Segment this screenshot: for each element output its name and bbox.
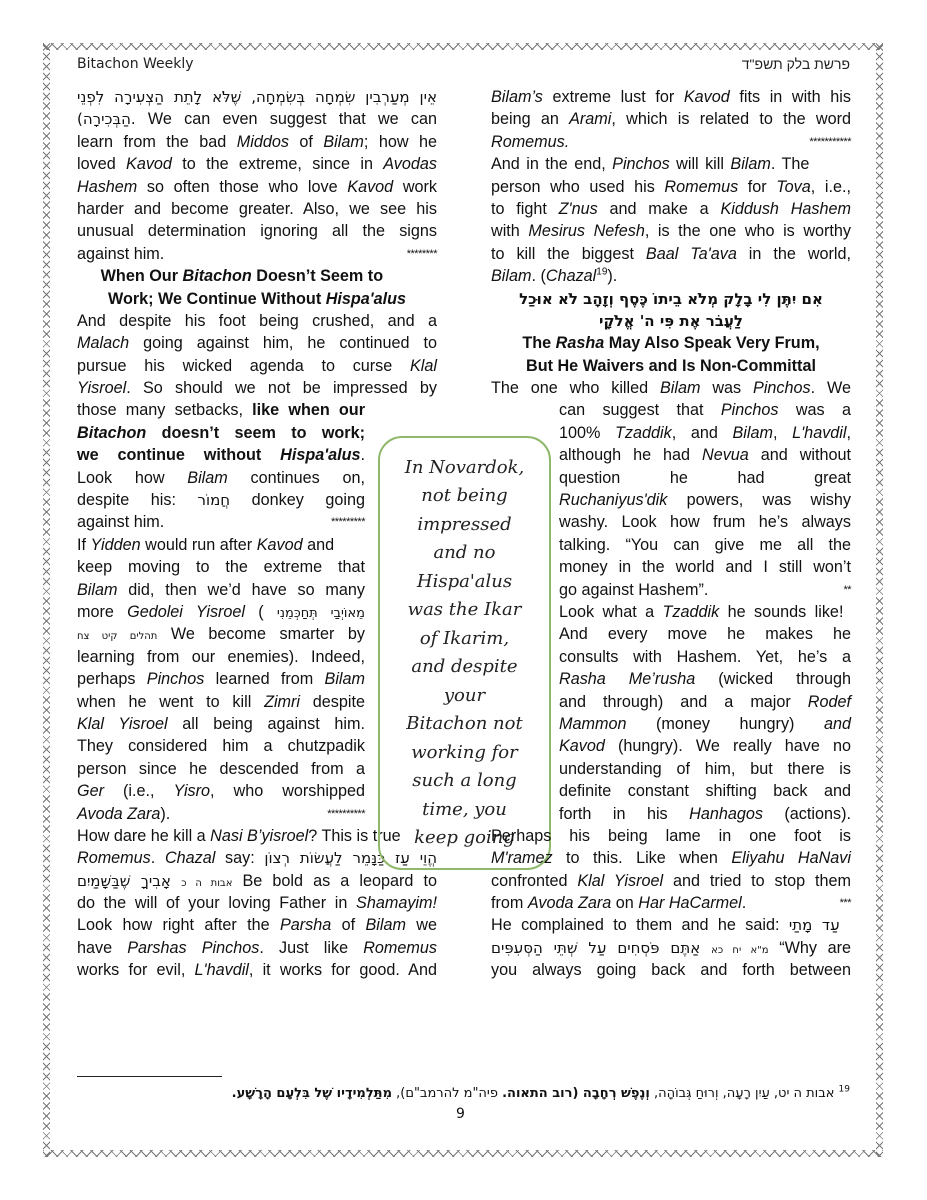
text-line: Kavod (hungry). We really have no <box>559 735 851 757</box>
text-line: Malach going against him, he continued t… <box>77 332 437 354</box>
text-line: Bitachon doesn’t seem to work; <box>77 422 365 444</box>
text-line: and through) and a major Rodef <box>559 691 851 713</box>
text-line: understanding of him, but there is <box>559 758 851 780</box>
text-line: And every move he makes he <box>559 623 851 645</box>
text-line: forth in his Hanhagos (actions). <box>559 803 851 825</box>
section-divider-stars: ********** <box>327 803 365 825</box>
right-column: Bilam’s extreme lust for Kavod fits in w… <box>491 86 851 982</box>
text-line: Yisroel. So should we not be impressed b… <box>77 377 437 399</box>
text-line: being an Arami, which is related to the … <box>491 108 851 130</box>
text-line: And despite his foot being crushed, and … <box>77 310 437 332</box>
text-line: אבות ה כ אָבִיךָ שֶׁבַּשָּׁמַיִם Be bold… <box>77 870 437 892</box>
hebrew-heading: לַעֲבֹר אֶת פִּי ה' אֱלֹקָי <box>491 310 851 332</box>
text-line: He complained to them and he said: עַד מ… <box>491 914 851 936</box>
text-line: 100% Tzaddik, and Bilam, L'havdil, <box>559 422 851 444</box>
text-line: against him.********* <box>77 511 365 533</box>
text-line: money in the world and I still won’t <box>559 556 851 578</box>
text-line: keep moving to the extreme that <box>77 556 365 578</box>
footnote-separator <box>77 1076 222 1077</box>
page-number: 9 <box>456 1106 465 1122</box>
text-line: washy. Look how frum he’s always <box>559 511 851 533</box>
text-line: Ruchaniyus'dik powers, was wishy <box>559 489 851 511</box>
text-line: unusual determination ignoring all the s… <box>77 220 437 242</box>
section-heading: But He Waivers and Is Non-Committal <box>491 355 851 377</box>
hebrew-heading: אִם יִתֶּן לִי בָלָק מְלֹא בֵיתוֹ כֶּסֶף… <box>491 288 851 310</box>
section-divider-stars: *** <box>840 892 851 914</box>
text-line: confronted Klal Yisroel and tried to sto… <box>491 870 851 892</box>
text-line: Klal Yisroel all being against him. <box>77 713 365 735</box>
text-line: perhaps Pinchos learned from Bilam <box>77 668 365 690</box>
text-line: have Parshas Pinchos. Just like Romemus <box>77 937 437 959</box>
text-line: Look how right after the Parsha of Bilam… <box>77 914 437 936</box>
text-line: question he had great <box>559 467 851 489</box>
section-heading: The Rasha May Also Speak Very Frum, <box>491 332 851 354</box>
section-divider-stars: *********** <box>809 131 851 153</box>
footnote-ref: 19 <box>596 267 607 278</box>
text-line: Perhaps his being lame in one foot is <box>491 825 851 847</box>
text-line: talking. “You can give me all the <box>559 534 851 556</box>
section-heading: Work; We Continue Without Hispa'alus <box>77 288 437 310</box>
text-line: with Mesirus Nefesh, is the one who is w… <box>491 220 851 242</box>
text-line: works for evil, L'havdil, it works for g… <box>77 959 437 981</box>
text-line: Ger (i.e., Yisro, who worshipped <box>77 780 365 802</box>
text-line: Look how Bilam continues on, <box>77 467 365 489</box>
text-line: pursue his wicked agenda to curse Klal <box>77 355 437 377</box>
text-line: person who used his Romemus for Tova, i.… <box>491 176 851 198</box>
footnote-number: 19 <box>839 1085 850 1095</box>
text-line: when he went to kill Zimri despite <box>77 691 365 713</box>
text-line: although he had Nevua and without <box>559 444 851 466</box>
text-line: despite his: חֲמוֹר donkey going <box>77 489 365 511</box>
text-line: If Yidden would run after Kavod and <box>77 534 365 556</box>
text-line: Romemus.*********** <box>491 131 851 153</box>
text-line: And in the end, Pinchos will kill Bilam.… <box>491 153 851 175</box>
text-line: you always going back and forth between <box>491 959 851 981</box>
section-heading: When Our Bitachon Doesn’t Seem to <box>77 265 437 287</box>
text-line: loved Kavod to the extreme, since in Avo… <box>77 153 437 175</box>
section-divider-stars: ********* <box>331 511 365 533</box>
text-line: go against Hashem”.** <box>559 579 851 601</box>
text-line: from Avoda Zara on Har HaCarmel.*** <box>491 892 851 914</box>
text-line: learning from our enemies). Indeed, <box>77 646 365 668</box>
header-parsha-title: פרשת בלק תשפ"ד <box>742 56 850 72</box>
text-line: Bilam did, then we’d have so many <box>77 579 365 601</box>
hebrew-quote-line: אֵין מְעַרְבִין שִׂמְחָה בְּשִׂמְחָה, שֶ… <box>77 86 437 108</box>
text-line: learn from the bad Middos of Bilam; how … <box>77 131 437 153</box>
text-line: we continue without Hispa'alus. <box>77 444 365 466</box>
text-line: more Gedolei Yisroel ( מֵאוֹיְבַי תְּחַכ… <box>77 601 365 623</box>
text-line: person since he descended from a <box>77 758 365 780</box>
text-line: can suggest that Pinchos was a <box>559 399 851 421</box>
footnote-19: 19 אבות ה יט, עַיִן רָעָה, וְרוּחַ גְּבו… <box>232 1086 850 1101</box>
text-line: (הַבְּכִירָה. We can even suggest that w… <box>77 108 437 130</box>
text-line: to kill the biggest Baal Ta'ava in the w… <box>491 243 851 265</box>
text-line: Avoda Zara).********** <box>77 803 365 825</box>
text-line: Hashem so often those who love Kavod wor… <box>77 176 437 198</box>
text-line: The one who killed Bilam was Pinchos. We <box>491 377 851 399</box>
text-line: M'ramez to this. Like when Eliyahu HaNav… <box>491 847 851 869</box>
text-line: against him.******** <box>77 243 437 265</box>
text-line: harder and become greater. Also, we see … <box>77 198 437 220</box>
header-publication-title: Bitachon Weekly <box>77 56 194 72</box>
text-line: Bilam. (Chazal19). <box>491 265 851 287</box>
text-line: those many setbacks, like when our <box>77 399 365 421</box>
text-line: consults with Hashem. Yet, he’s a <box>559 646 851 668</box>
text-line: do the will of your loving Father in Sha… <box>77 892 437 914</box>
text-line: Mammon (money hungry) and <box>559 713 851 735</box>
text-line: מ"א יח כא אַתֶּם פֹּסְחִים עַל שְׁתֵּי ה… <box>491 937 851 959</box>
text-line: Look what a Tzaddik he sounds like! <box>559 601 851 623</box>
section-divider-stars: ******** <box>407 243 437 265</box>
text-line: to fight Z'nus and make a Kiddush Hashem <box>491 198 851 220</box>
section-divider-stars: ** <box>843 579 851 601</box>
text-line: Rasha Me’rusha (wicked through <box>559 668 851 690</box>
text-line: They considered him a chutzpadik <box>77 735 365 757</box>
text-line: Bilam’s extreme lust for Kavod fits in w… <box>491 86 851 108</box>
text-line: definite constant shifting back and <box>559 780 851 802</box>
text-line: תהלים קיט צח We become smarter by <box>77 623 365 645</box>
